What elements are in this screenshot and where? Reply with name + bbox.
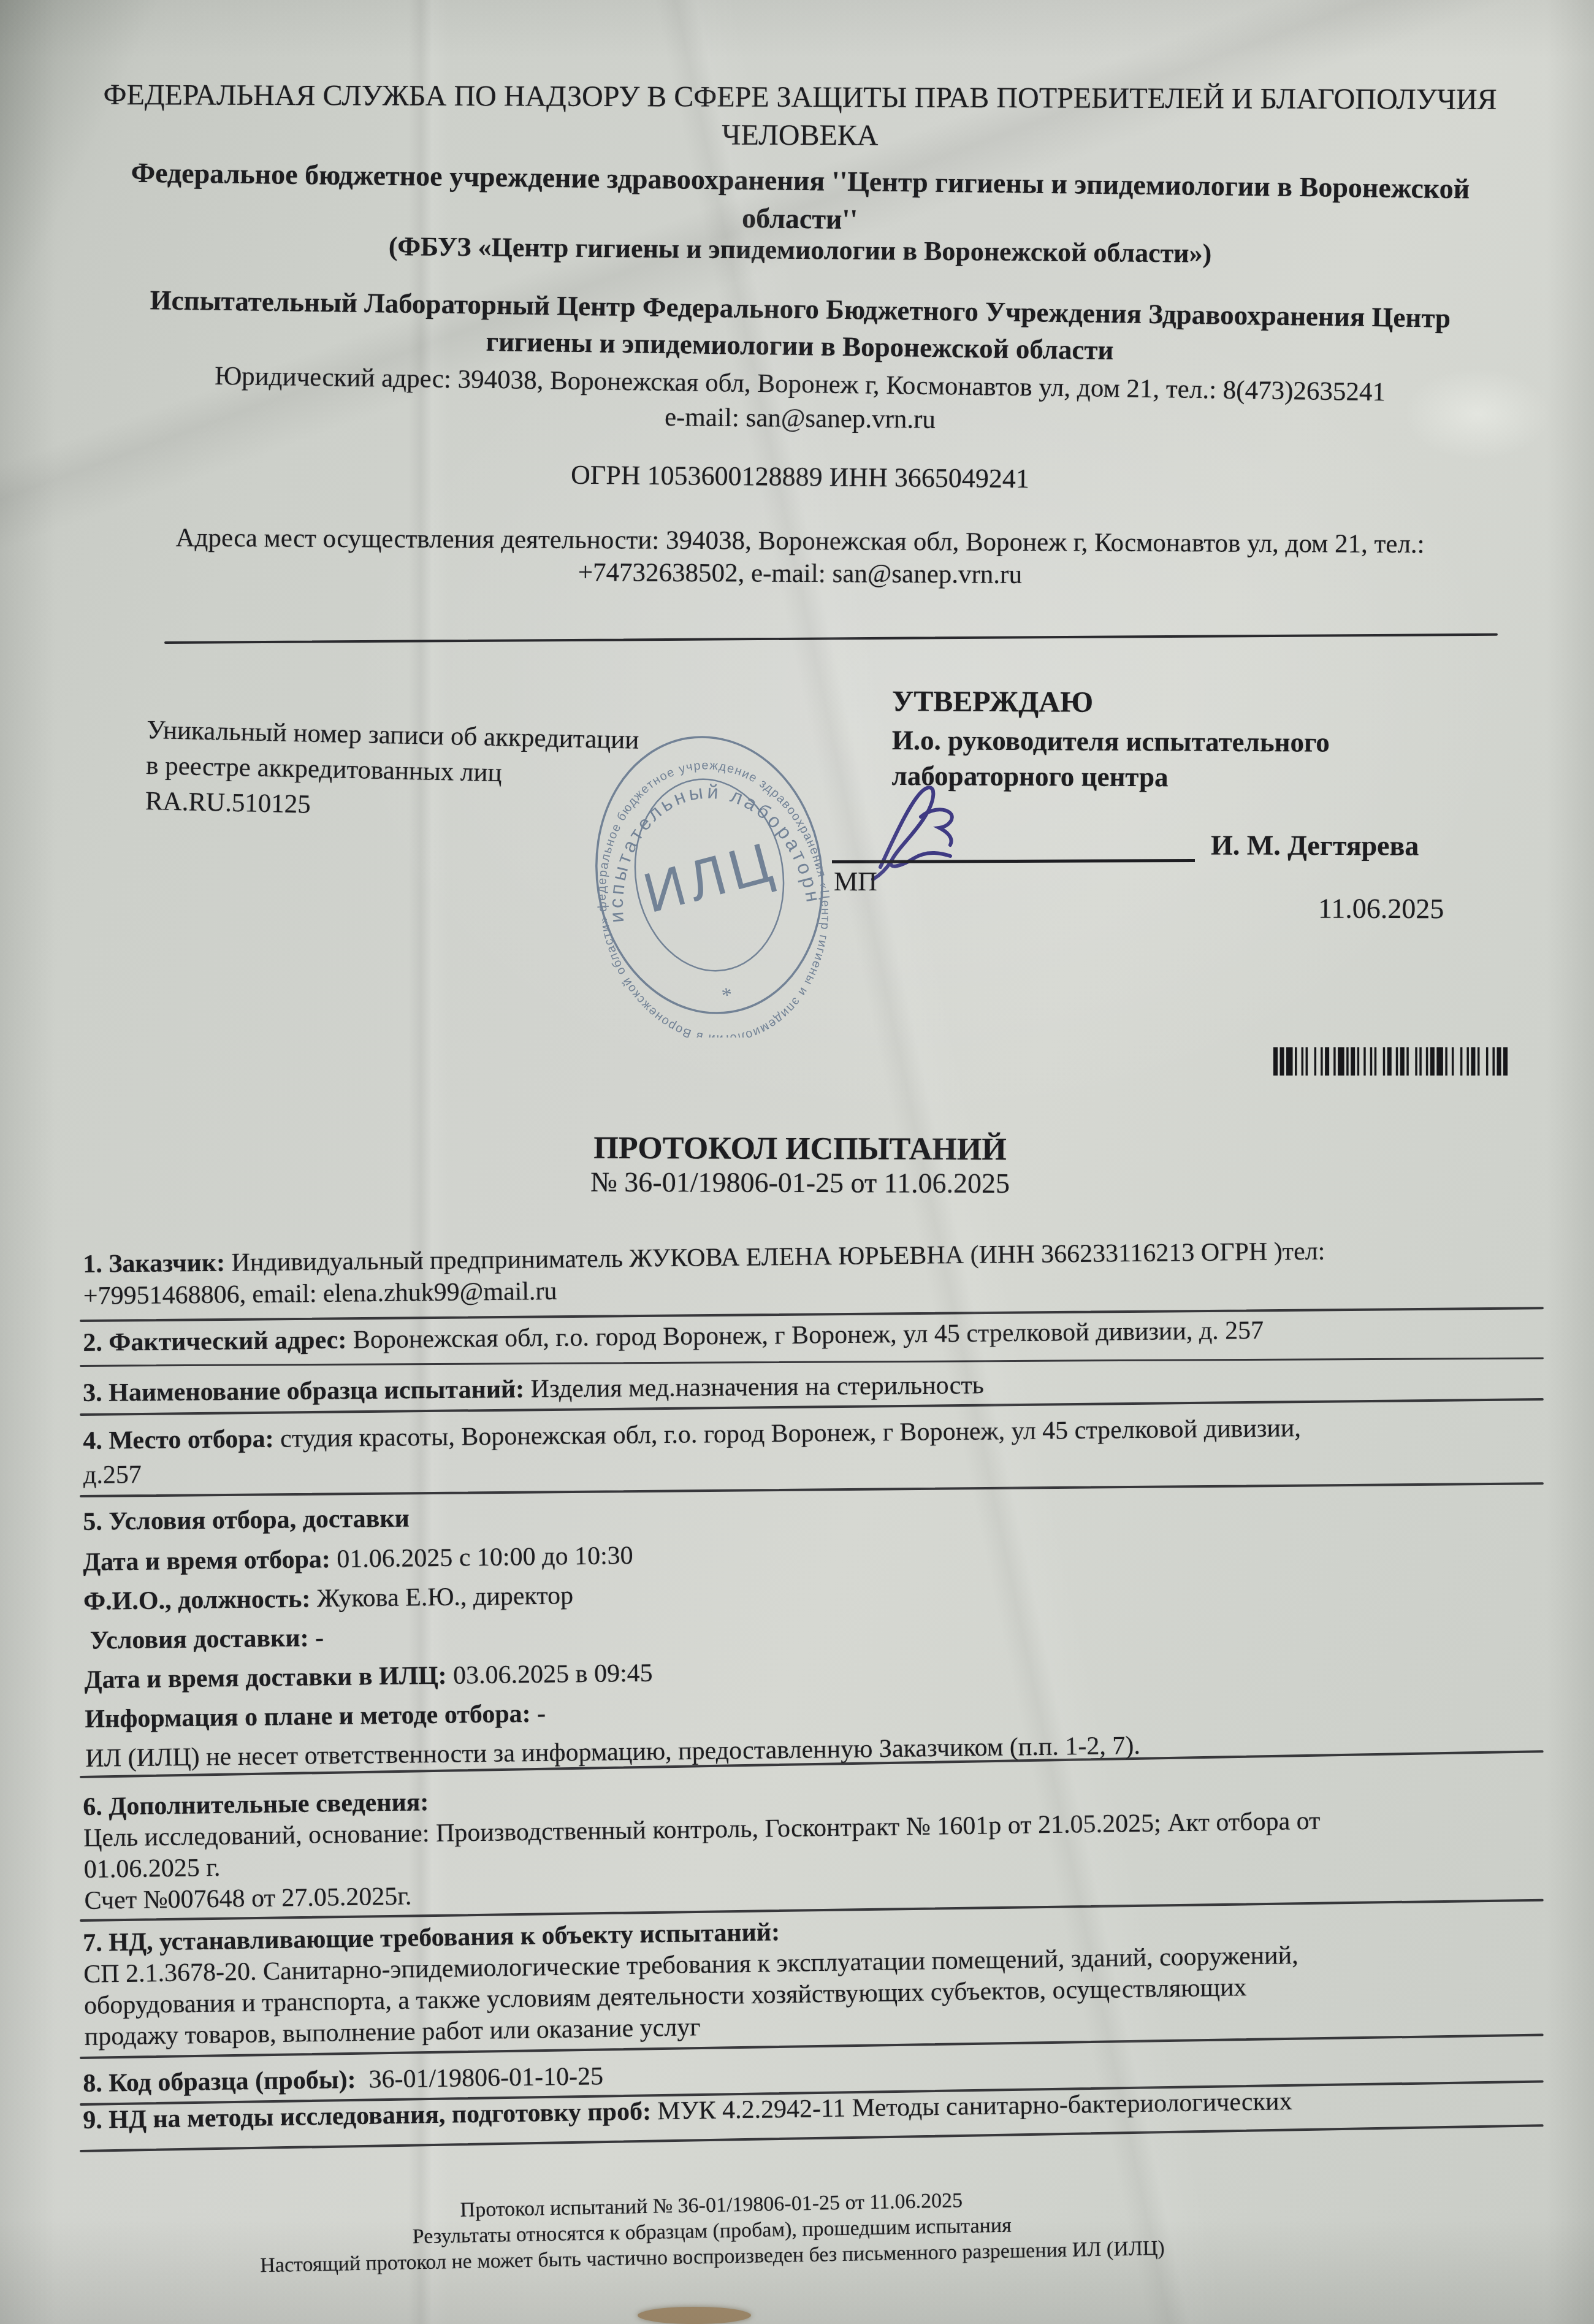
letterhead-agency-line2: ЧЕЛОВЕКА bbox=[80, 114, 1520, 157]
scanned-protocol-document: ФЕДЕРАЛЬНАЯ СЛУЖБА ПО НАДЗОРУ В СФЕРЕ ЗА… bbox=[0, 0, 1594, 2324]
footer: Протокол испытаний № 36-01/19806-01-25 о… bbox=[132, 2182, 1292, 2281]
letterhead-agency: ФЕДЕРАЛЬНАЯ СЛУЖБА ПО НАДЗОРУ В СФЕРЕ ЗА… bbox=[80, 76, 1520, 157]
section-methods-label: 9. НД на методы исследования, подготовку… bbox=[83, 2097, 651, 2135]
letterhead-laboratory: Испытательный Лабораторный Центр Федерал… bbox=[79, 281, 1520, 375]
accreditation-block: Уникальный номер записи об аккредитации … bbox=[145, 713, 639, 830]
section-divider bbox=[80, 1357, 1544, 1367]
signature-ink bbox=[857, 774, 998, 881]
stamp-star: * bbox=[720, 984, 734, 1007]
section-sample-name-label: 3. Наименование образца испытаний: bbox=[83, 1375, 524, 1407]
stamp-center-text: ИЛЦ bbox=[637, 830, 783, 925]
row-label: Дата и время доставки в ИЛЦ: bbox=[84, 1662, 447, 1694]
approval-date: 11.06.2025 bbox=[1318, 892, 1444, 925]
row-label: Условия доставки: bbox=[90, 1624, 309, 1655]
section-additional-info: 6. Дополнительные сведения: Цель исследо… bbox=[83, 1772, 1547, 1917]
section-sample-name-text: Изделия мед.назначения на стерильность bbox=[530, 1371, 984, 1403]
row-value: Жукова Е.Ю., директор bbox=[317, 1581, 574, 1613]
row-value: - bbox=[315, 1624, 324, 1652]
approval-signer: И. М. Дегтярева bbox=[1211, 828, 1419, 862]
section-normative-docs: 7. НД, устанавливающие требования к объе… bbox=[83, 1905, 1547, 2053]
section-actual-address-text: Воронежская обл, г.о. город Воронеж, г В… bbox=[353, 1317, 1264, 1355]
ogrn-inn-line: ОГРН 1053600128889 ИНН 3665049241 bbox=[80, 455, 1520, 499]
protocol-title: ПРОТОКОЛ ИСПЫТАНИЙ bbox=[80, 1128, 1520, 1169]
row-label: Информация о плане и методе отбора: bbox=[85, 1700, 531, 1733]
section-sample-code-label: 8. Код образца (пробы): bbox=[83, 2066, 356, 2098]
barcode bbox=[1273, 1047, 1508, 1076]
header-divider bbox=[164, 633, 1498, 644]
row-value: 01.06.2025 с 10:00 до 10:30 bbox=[337, 1542, 633, 1573]
row-label: Ф.И.О., должность: bbox=[83, 1584, 311, 1616]
section-sampling-place: 4. Место отбора: студия красоты, Воронеж… bbox=[83, 1409, 1546, 1493]
protocol-number: № 36-01/19806-01-25 от 11.06.2025 bbox=[80, 1164, 1520, 1201]
letterhead-agency-line1: ФЕДЕРАЛЬНАЯ СЛУЖБА ПО НАДЗОРУ В СФЕРЕ ЗА… bbox=[80, 76, 1520, 119]
approval-position-line1: И.о. руководителя испытательного bbox=[892, 722, 1330, 760]
section-actual-address-label: 2. Фактический адрес: bbox=[83, 1326, 347, 1357]
row-label: Дата и время отбора: bbox=[83, 1545, 330, 1577]
row-value: 03.06.2025 в 09:45 bbox=[453, 1659, 653, 1690]
signature-line bbox=[832, 859, 1195, 863]
section-sample-code-text: 36-01/19806-01-10-25 bbox=[368, 2062, 603, 2093]
approval-title: УТВЕРЖДАЮ bbox=[892, 684, 1093, 719]
section-conditions-rows: Дата и время отбора: 01.06.2025 с 10:00 … bbox=[83, 1529, 1548, 1782]
section-customer: 1. Заказчик: Индивидуальный предпринимат… bbox=[83, 1233, 1546, 1312]
background-object bbox=[638, 2307, 751, 2324]
activity-addresses: Адреса мест осуществления деятельности: … bbox=[80, 521, 1521, 594]
row-value: - bbox=[537, 1700, 546, 1728]
section-customer-label: 1. Заказчик: bbox=[83, 1249, 225, 1279]
ilc-round-stamp: федеральное бюджетное учреждение здравоо… bbox=[568, 713, 850, 1038]
section-sampling-place-label: 4. Место отбора: bbox=[83, 1425, 274, 1455]
